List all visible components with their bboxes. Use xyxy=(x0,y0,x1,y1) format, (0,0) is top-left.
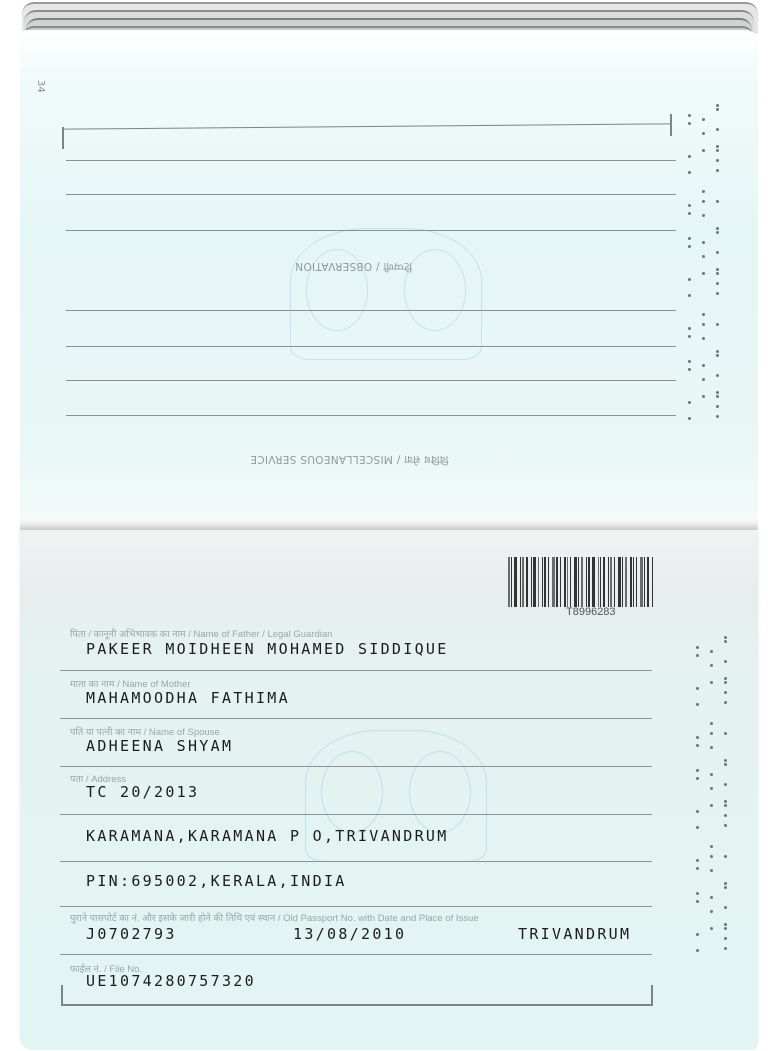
perforation-hole xyxy=(724,886,727,889)
perforation-hole xyxy=(688,155,691,158)
perforation-hole xyxy=(724,814,727,817)
perforation-hole xyxy=(724,636,727,639)
perforation-hole xyxy=(688,417,691,420)
perforation-hole xyxy=(688,278,691,281)
perforation-hole xyxy=(716,231,719,234)
perforation-hole xyxy=(716,374,719,377)
perforation-hole xyxy=(724,804,727,807)
perforation-hole xyxy=(716,350,719,353)
perforation-hole xyxy=(724,783,727,786)
perforation-hole xyxy=(702,200,705,203)
miscellaneous-service-heading: विविध सेवा / MISCELLANEOUS SERVICE xyxy=(250,452,448,466)
ruled-line xyxy=(66,346,676,347)
perforation-hole xyxy=(702,255,705,258)
box-bottom-border xyxy=(61,1004,653,1006)
perforation-hole xyxy=(696,949,699,952)
perforation-hole xyxy=(716,395,719,398)
address-line-2: KARAMANA,KARAMANA P O,TRIVANDRUM xyxy=(86,827,449,845)
perforation-hole xyxy=(702,241,705,244)
perforation-hole xyxy=(716,405,719,408)
perforation-hole xyxy=(702,313,705,316)
ruled-line xyxy=(60,954,652,955)
father-name-value: PAKEER MOIDHEEN MOHAMED SIDDIQUE xyxy=(86,640,449,658)
perforation-hole xyxy=(688,204,691,207)
perforation-hole xyxy=(702,272,705,275)
perforation-hole xyxy=(688,327,691,330)
perforation-hole xyxy=(716,108,719,111)
perforation-hole xyxy=(688,237,691,240)
box-right-bracket xyxy=(670,114,672,136)
perforation-hole xyxy=(688,360,691,363)
perforated-passport-number xyxy=(692,636,736,966)
perforation-hole xyxy=(716,292,719,295)
perforation-hole xyxy=(710,722,713,725)
perforation-hole xyxy=(724,677,727,680)
perforation-hole xyxy=(716,391,719,394)
perforation-hole xyxy=(702,132,705,135)
perforation-hole xyxy=(716,282,719,285)
perforation-hole xyxy=(716,159,719,162)
perforation-hole xyxy=(716,149,719,152)
perforation-hole xyxy=(716,145,719,148)
perforation-hole xyxy=(688,294,691,297)
perforation-hole xyxy=(696,867,699,870)
perforation-hole xyxy=(716,104,719,107)
perforation-hole xyxy=(724,947,727,950)
box-top-border xyxy=(62,123,672,129)
perforation-hole xyxy=(702,378,705,381)
box-left-bracket xyxy=(61,985,63,1005)
spouse-name-value: ADHEENA SHYAM xyxy=(86,737,233,755)
perforation-hole xyxy=(716,169,719,172)
ruled-line xyxy=(60,766,652,767)
old-passport-number: J0702793 xyxy=(86,925,177,943)
perforation-hole xyxy=(716,354,719,357)
perforation-hole xyxy=(702,149,705,152)
perforation-hole xyxy=(710,787,713,790)
box-left-bracket xyxy=(62,127,64,149)
perforation-hole xyxy=(716,272,719,275)
box-right-bracket xyxy=(651,985,653,1005)
perforation-hole xyxy=(710,732,713,735)
perforation-hole xyxy=(688,114,691,117)
perforation-hole xyxy=(696,769,699,772)
perforation-hole xyxy=(716,268,719,271)
perforation-hole xyxy=(702,395,705,398)
perforation-hole xyxy=(688,401,691,404)
perforation-hole xyxy=(724,732,727,735)
perforation-hole xyxy=(696,900,699,903)
perforation-hole xyxy=(710,681,713,684)
perforation-hole xyxy=(716,415,719,418)
perforation-hole xyxy=(696,933,699,936)
perforation-hole xyxy=(688,245,691,248)
observation-heading: टिप्पणी / OBSERVATION xyxy=(295,259,412,273)
perforation-hole xyxy=(710,855,713,858)
old-passport-label: पुराने पासपोर्ट का नं. और इसके जारी होने… xyxy=(70,911,479,924)
perforation-hole xyxy=(696,826,699,829)
barcode xyxy=(508,557,688,607)
perforation-hole xyxy=(702,190,705,193)
perforation-hole xyxy=(724,660,727,663)
perforation-hole xyxy=(688,335,691,338)
perforation-hole xyxy=(696,654,699,657)
perforation-hole xyxy=(696,687,699,690)
ruled-line xyxy=(66,415,676,416)
father-name-label: पिता / कानूनी अभिभावक का नाम / Name of F… xyxy=(70,627,332,640)
perforation-hole xyxy=(702,118,705,121)
perforation-hole xyxy=(716,251,719,254)
barcode-number: T8996283 xyxy=(566,606,616,618)
address-line-3: PIN:695002,KERALA,INDIA xyxy=(86,872,347,890)
perforation-hole xyxy=(696,810,699,813)
perforation-hole xyxy=(716,200,719,203)
ruled-line xyxy=(60,906,652,907)
perforation-hole xyxy=(696,703,699,706)
perforation-hole xyxy=(688,171,691,174)
perforation-hole xyxy=(724,640,727,643)
perforation-hole xyxy=(716,323,719,326)
perforation-hole xyxy=(724,906,727,909)
perforation-hole xyxy=(716,227,719,230)
ruled-line xyxy=(60,718,652,719)
perforation-hole xyxy=(710,650,713,653)
ruled-line xyxy=(60,670,652,671)
ruled-line xyxy=(60,814,652,815)
perforation-hole xyxy=(724,855,727,858)
page-number: 34 xyxy=(35,80,46,93)
perforation-hole xyxy=(710,845,713,848)
old-passport-issue-place: TRIVANDRUM xyxy=(518,925,631,943)
perforation-hole xyxy=(724,691,727,694)
file-number-value: UE1074280757320 xyxy=(86,972,256,990)
perforation-hole xyxy=(702,214,705,217)
perforation-hole xyxy=(724,800,727,803)
perforation-hole xyxy=(696,777,699,780)
perforation-hole xyxy=(710,896,713,899)
perforation-hole xyxy=(710,869,713,872)
perforation-hole xyxy=(724,927,727,930)
ruled-line xyxy=(66,160,676,161)
perforation-hole xyxy=(716,128,719,131)
perforation-hole xyxy=(688,368,691,371)
perforation-hole xyxy=(702,364,705,367)
perforation-hole xyxy=(696,892,699,895)
perforated-passport-number xyxy=(684,104,728,434)
old-passport-issue-date: 13/08/2010 xyxy=(293,925,406,943)
perforation-hole xyxy=(724,701,727,704)
perforation-hole xyxy=(702,337,705,340)
perforation-hole xyxy=(724,882,727,885)
ruled-line xyxy=(66,194,676,195)
perforation-hole xyxy=(724,937,727,940)
ruled-line xyxy=(60,861,652,862)
perforation-hole xyxy=(724,759,727,762)
perforation-hole xyxy=(710,804,713,807)
perforation-hole xyxy=(710,746,713,749)
perforation-hole xyxy=(702,323,705,326)
ruled-line xyxy=(66,380,676,381)
perforation-hole xyxy=(710,927,713,930)
perforation-hole xyxy=(710,773,713,776)
address-line-1: TC 20/2013 xyxy=(86,783,199,801)
perforation-hole xyxy=(696,859,699,862)
perforation-hole xyxy=(710,910,713,913)
perforation-hole xyxy=(724,824,727,827)
perforation-hole xyxy=(724,923,727,926)
ruled-line xyxy=(66,310,676,311)
perforation-hole xyxy=(696,744,699,747)
perforation-hole xyxy=(724,681,727,684)
perforation-hole xyxy=(688,212,691,215)
perforation-hole xyxy=(696,736,699,739)
mother-name-value: MAHAMOODHA FATHIMA xyxy=(86,689,290,707)
perforation-hole xyxy=(696,646,699,649)
perforation-hole xyxy=(724,763,727,766)
ruled-line xyxy=(66,230,676,231)
perforation-hole xyxy=(688,122,691,125)
perforation-hole xyxy=(710,664,713,667)
